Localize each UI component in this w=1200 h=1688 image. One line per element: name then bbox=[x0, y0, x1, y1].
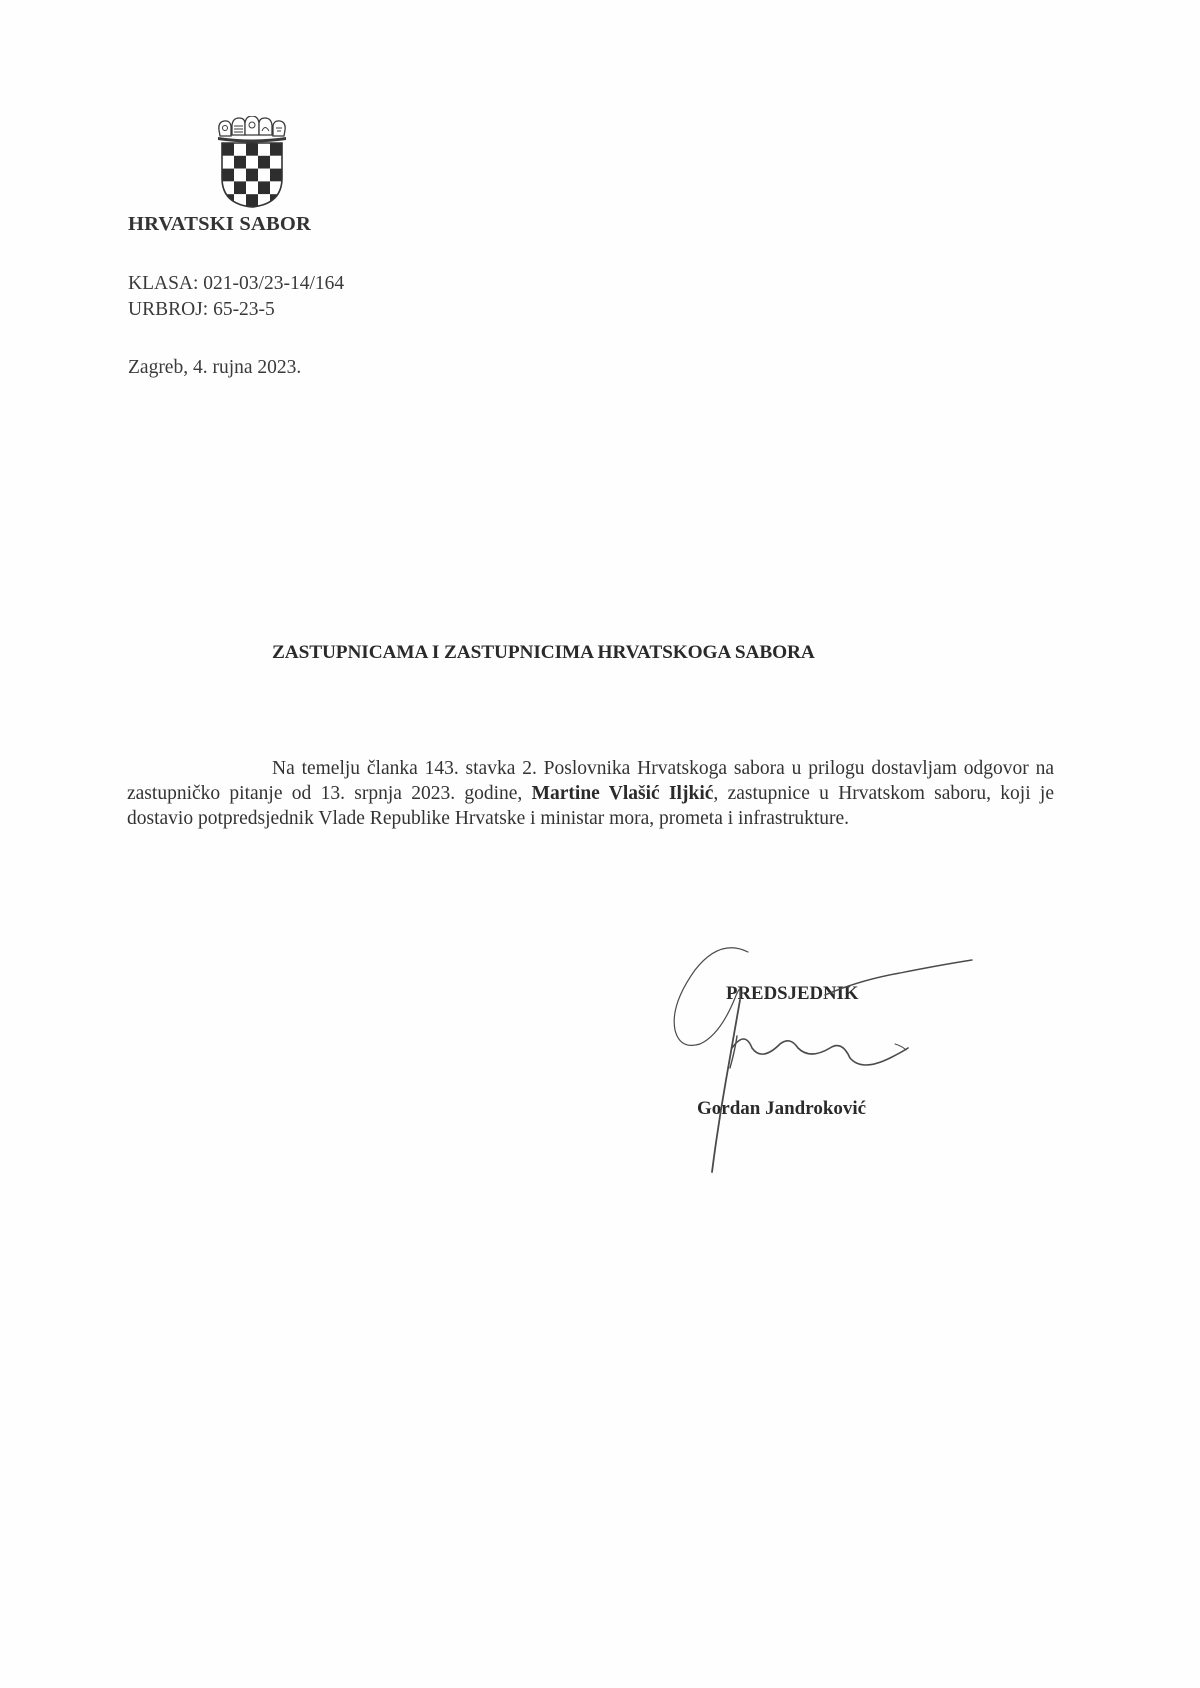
klasa-reference: KLASA: 021-03/23-14/164 bbox=[128, 273, 344, 295]
signature-title: PREDSJEDNIK bbox=[726, 983, 859, 1005]
addressee-heading: ZASTUPNICAMA I ZASTUPNICIMA HRVATSKOGA S… bbox=[272, 642, 984, 664]
body-paragraph: Na temelju članka 143. stavka 2. Poslovn… bbox=[127, 756, 1054, 832]
document-page: HRVATSKI SABOR KLASA: 021-03/23-14/164 U… bbox=[0, 0, 1200, 1688]
place-and-date: Zagreb, 4. rujna 2023. bbox=[128, 357, 301, 379]
representative-name: Martine Vlašić Iljkić bbox=[532, 783, 714, 804]
institution-name: HRVATSKI SABOR bbox=[128, 213, 311, 236]
urbroj-reference: URBROJ: 65-23-5 bbox=[128, 299, 275, 321]
signatory-name: Gordan Jandroković bbox=[697, 1098, 866, 1120]
croatian-coat-of-arms-icon bbox=[216, 116, 288, 208]
handwritten-signature-icon bbox=[640, 940, 980, 1180]
